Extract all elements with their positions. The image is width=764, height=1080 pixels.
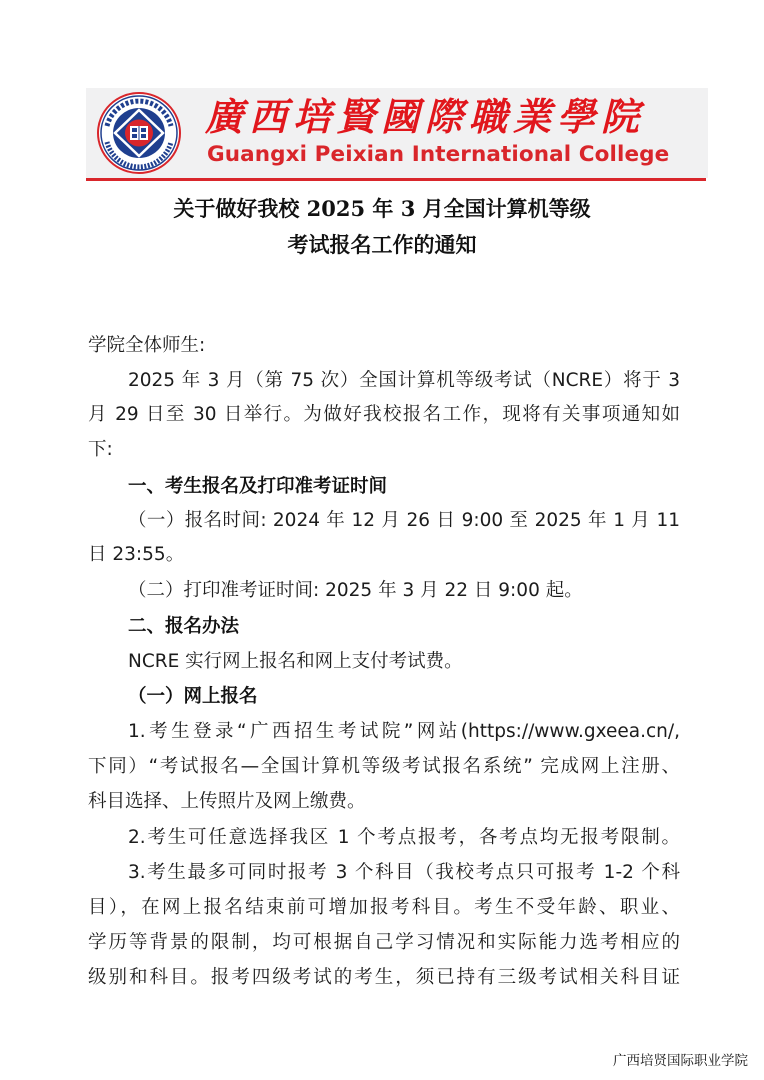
paragraph-line: NCRE 实行网上报名和网上支付考试费。 — [128, 650, 680, 674]
paragraph-line: 下同）“考试报名—全国计算机等级考试报名系统” 完成网上注册、 — [88, 755, 680, 779]
paragraph-line: 日 23:55。 — [88, 543, 680, 567]
paragraph-line: 2025 年 3 月（第 75 次）全国计算机等级考试（NCRE）将于 3 — [128, 369, 680, 393]
college-name-en: Guangxi Peixian International College — [207, 141, 687, 169]
paragraph-line: （一）报名时间: 2024 年 12 月 26 日 9:00 至 2025 年 … — [128, 509, 680, 533]
paragraph-line: 月 29 日至 30 日举行。为做好我校报名工作，现将有关事项通知如 — [88, 403, 680, 427]
subsection-heading: （一）网上报名 — [128, 685, 680, 709]
paragraph-line: 下: — [88, 438, 680, 462]
college-emblem-icon — [97, 92, 181, 174]
salutation: 学院全体师生: — [88, 334, 680, 358]
college-name-cn: 廣西培賢國際職業學院 — [205, 94, 685, 140]
paragraph-line: 级别和科目。报考四级考试的考生，须已持有三级考试相关科目证 — [88, 966, 680, 990]
footer-watermark: 广西培贤国际职业学院 — [613, 1049, 748, 1069]
section-heading-2: 二、报名办法 — [128, 615, 680, 639]
paragraph-line: 目），在网上报名结束前可增加报考科目。考生不受年龄、职业、 — [88, 896, 680, 920]
section-heading-1: 一、考生报名及打印准考证时间 — [128, 475, 680, 499]
paragraph-line: 3.考生最多可同时报考 3 个科目（我校考点只可报考 1-2 个科 — [128, 861, 680, 885]
header-divider — [86, 178, 706, 181]
paragraph-line: 科目选择、上传照片及网上缴费。 — [88, 790, 680, 814]
document-title-line2: 考试报名工作的通知 — [0, 229, 764, 259]
paragraph-line: 2.考生可任意选择我区 1 个考点报考，各考点均无报考限制。 — [128, 826, 680, 850]
document-title-line1: 关于做好我校 2025 年 3 月全国计算机等级 — [0, 193, 764, 223]
paragraph-line: （二）打印准考证时间: 2025 年 3 月 22 日 9:00 起。 — [128, 579, 680, 603]
paragraph-line: 1.考生登录“广西招生考试院”网站(https://www.gxeea.cn/, — [128, 720, 680, 744]
paragraph-line: 学历等背景的限制，均可根据自己学习情况和实际能力选考相应的 — [88, 931, 680, 955]
